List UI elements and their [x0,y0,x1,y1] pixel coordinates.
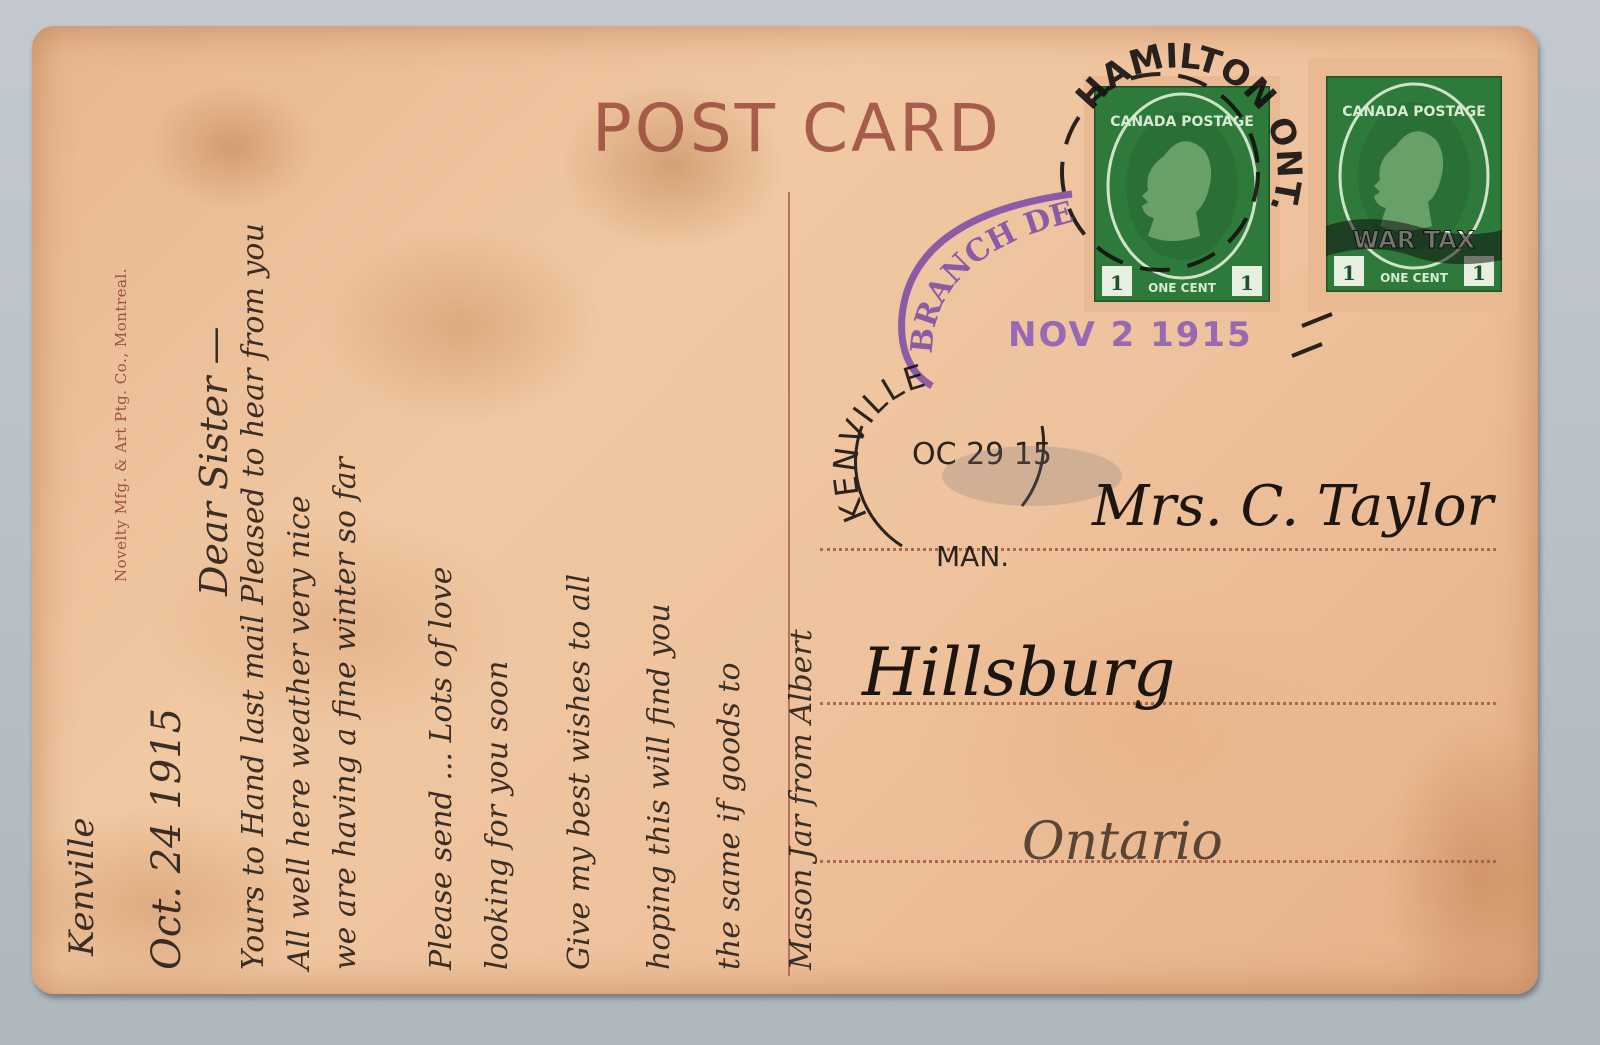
message-place: Kenville [62,818,102,956]
message-line: the same if goods to [712,663,747,971]
message-line: we are having a fine winter so far [328,457,363,970]
message-line: Mason Jar from Albert [784,629,819,970]
postcard: POST CARD Novelty Mfg. & Art Ptg. Co., M… [32,26,1538,994]
svg-text:NOV 2 1915: NOV 2 1915 [1008,315,1253,355]
message-line: Give my best wishes to all [562,574,597,970]
message-line: All well here weather very nice [282,495,317,970]
message-line: looking for you soon [480,661,515,970]
message-line: hoping this will find you [642,603,677,970]
message-line: Yours to Hand last mail Pleased to hear … [236,223,271,970]
recipient-town: Hillsburg [862,634,1175,711]
recipient-province: Ontario [1022,812,1223,872]
svg-text:MAN.: MAN. [936,540,1009,573]
svg-text:BRANCH DEA: BRANCH DEA [32,26,1077,355]
kenville-postmark-icon: KENVILLE OC 29 15 MAN. [826,356,1122,573]
message-line: Dear Sister — [192,326,236,596]
svg-text:HAMILTON ONT.: HAMILTON ONT. [1068,36,1309,218]
recipient-name: Mrs. C. Taylor [1092,474,1493,539]
message-date: Oct. 24 1915 [144,708,190,970]
hamilton-cancel-icon: HAMILTON ONT. [1062,36,1332,356]
message-line: Please send ... Lots of love [424,567,459,971]
